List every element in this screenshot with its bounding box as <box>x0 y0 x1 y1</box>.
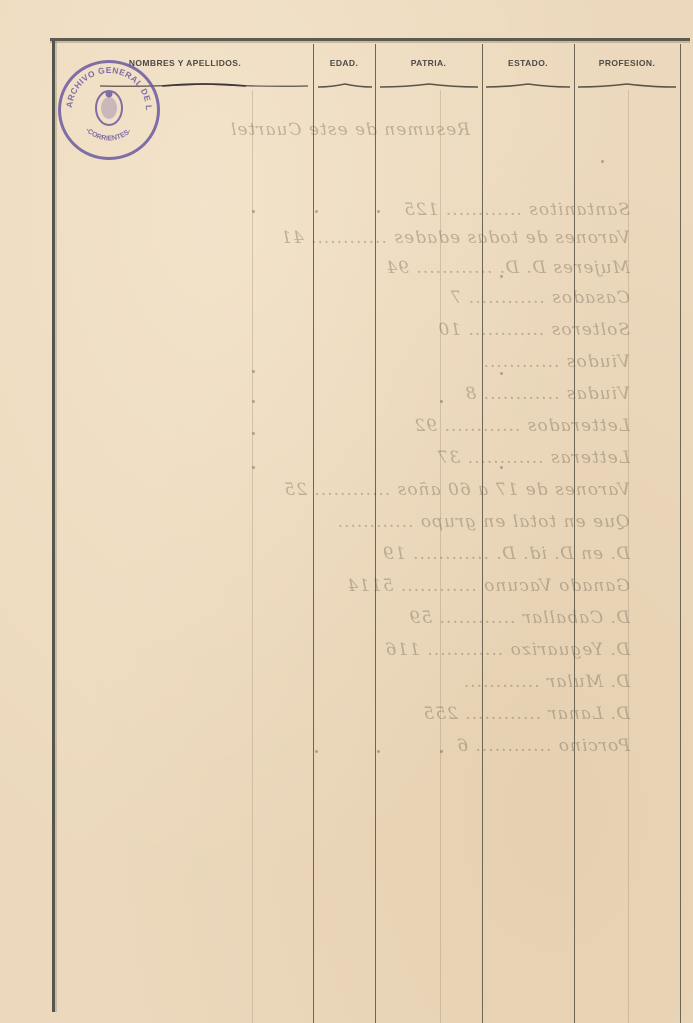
ledger-page: NOMBRES Y APELLIDOS. EDAD. PATRIA. ESTAD… <box>0 0 693 1023</box>
bleed-line: Mujeres D. D. ............ 94 <box>385 258 630 278</box>
bleed-line: Varones de 17 a 60 años ............ 25 <box>283 480 630 500</box>
bleed-line: Casados ............ 7 <box>450 288 630 308</box>
header-edad: EDAD. <box>313 58 375 74</box>
column-divider-profesion <box>574 44 575 1023</box>
header-flourish <box>486 82 570 90</box>
top-border-rule <box>50 38 690 41</box>
header-flourish <box>380 82 478 90</box>
dot-leader <box>440 750 443 753</box>
bleed-line: Letterados ............ 92 <box>414 416 630 436</box>
bleed-line: Que en total en grupo ............ <box>337 512 630 532</box>
bleed-line: D. Lanar ............ 255 <box>422 704 630 724</box>
dot-leader <box>252 210 255 213</box>
dot-leader <box>252 370 255 373</box>
dot-leader <box>500 466 503 469</box>
dot-leader <box>252 432 255 435</box>
dot-leader <box>601 160 604 163</box>
header-estado: ESTADO. <box>482 58 574 74</box>
header-patria: PATRIA. <box>375 58 482 74</box>
bleed-line: D. Mular ............ <box>463 672 630 692</box>
bleed-line: Solteros ............ 10 <box>437 320 630 340</box>
bleed-line: Santanitos ............ 125 <box>403 200 630 220</box>
bleed-line: D. Yeguarizo ............ 116 <box>385 640 630 660</box>
bleed-line: D. en D. id. D. ............ 19 <box>382 544 630 564</box>
dot-leader <box>500 275 503 278</box>
column-divider-edad <box>313 44 314 1023</box>
column-divider-patria <box>375 44 376 1023</box>
bleed-line: D. Caballar ............ 59 <box>409 608 630 628</box>
dot-leader <box>252 400 255 403</box>
header-profesion: PROFESION. <box>574 58 680 74</box>
header-flourish <box>578 82 676 90</box>
dot-leader <box>377 210 380 213</box>
stamp-seal-icon: ARCHIVO GENERAL DE LA PROVINCIA -CORRIEN… <box>58 60 160 160</box>
dot-leader <box>377 750 380 753</box>
bleed-line: Letteras ............ 37 <box>437 448 630 468</box>
svg-text:-CORRIENTES-: -CORRIENTES- <box>84 127 133 143</box>
faint-guide-line <box>252 90 253 1023</box>
dot-leader <box>315 750 318 753</box>
bleed-line: Viudas ............ 8 <box>464 384 630 404</box>
dot-leader <box>315 210 318 213</box>
dot-leader <box>500 372 503 375</box>
column-divider-right <box>680 44 681 1023</box>
column-divider-estado <box>482 44 483 1023</box>
bleed-line: Viudos ............ <box>483 352 630 372</box>
left-border-rule <box>52 40 55 1012</box>
bleed-line: Porcino ............ 6 <box>456 736 630 756</box>
dot-leader <box>440 400 443 403</box>
bleed-line: Varones de todas edades ............ 41 <box>280 228 630 248</box>
header-flourish <box>318 82 372 90</box>
bleed-line: Ganado Vacuno ............ 5114 <box>346 576 630 596</box>
dot-leader <box>252 466 255 469</box>
bleed-line: Resumen de este Cuartel <box>230 120 470 140</box>
archive-stamp: ARCHIVO GENERAL DE LA PROVINCIA -CORRIEN… <box>58 60 160 160</box>
